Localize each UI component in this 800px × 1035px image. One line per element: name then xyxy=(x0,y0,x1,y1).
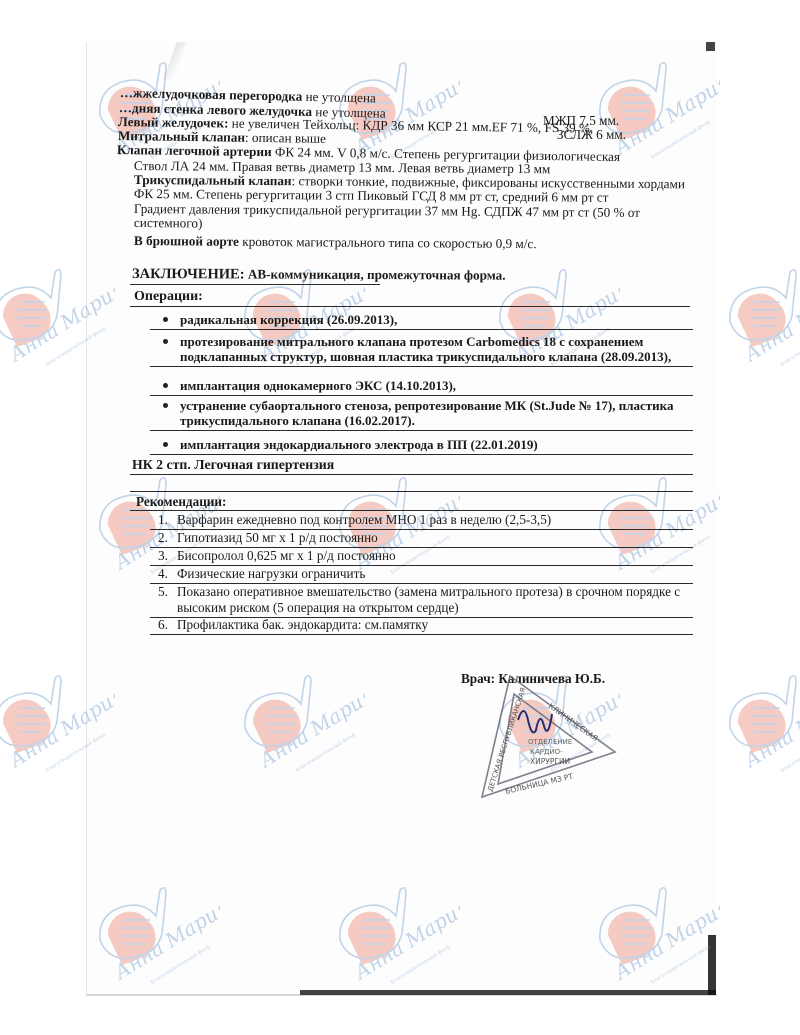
operations-title: Операции: xyxy=(134,289,203,304)
bullet-icon xyxy=(163,317,168,322)
svg-text:КАРДИО-: КАРДИО- xyxy=(530,748,563,756)
operation-item: трикуспидального клапана (16.02.2017). xyxy=(180,413,415,428)
recommendations-title: Рекомендации: xyxy=(136,494,226,509)
bullet-icon xyxy=(163,339,168,344)
echo-line: В брюшной аорте кровоток магистрального … xyxy=(134,233,537,251)
rule xyxy=(150,366,693,367)
recommendation-item: Физические нагрузки ограничить xyxy=(177,566,365,581)
conclusion: ЗАКЛЮЧЕНИЕ: АВ-коммуникация, промежуточн… xyxy=(132,266,506,284)
svg-text:ХИРУРГИИ: ХИРУРГИИ xyxy=(530,757,570,766)
rule xyxy=(130,510,693,511)
rule xyxy=(130,306,690,307)
echo-line: Градиент давления трикуспидальной регург… xyxy=(134,201,640,220)
svg-text:КЛИНИЧЕСКАЯ: КЛИНИЧЕСКАЯ xyxy=(547,701,600,743)
recommendation-item: Бисопролол 0,625 мг х 1 р/д постоянно xyxy=(177,548,396,563)
recommendation-number: 1. xyxy=(158,512,168,527)
rule xyxy=(150,634,693,635)
rule xyxy=(130,491,693,492)
document-content: …жжелудочковая перегородка не утолщена …… xyxy=(0,0,800,1035)
echo-line: системного) xyxy=(134,215,203,231)
bullet-icon xyxy=(163,383,168,388)
rule xyxy=(150,430,693,431)
recommendation-item: высоким риском (5 операция на открытом с… xyxy=(177,600,459,615)
recommendation-number: 2. xyxy=(158,530,168,545)
recommendation-number: 6. xyxy=(158,617,168,632)
operation-item: радикальная коррекция (26.09.2013), xyxy=(180,312,397,327)
recommendation-item: Профилактика бак. эндокардита: см.памятк… xyxy=(177,617,428,632)
recommendation-item: Варфарин ежедневно под контролем МНО 1 р… xyxy=(177,512,551,527)
rule xyxy=(130,474,693,475)
recommendation-item: Показано оперативное вмешательство (заме… xyxy=(177,584,680,599)
measurement-mzhp: МЖП 7,5 мм. xyxy=(543,113,619,128)
triangular-stamp: КЛИНИЧЕСКАЯ ОТДЕЛЕНИЕ КАРДИО- ХИРУРГИИ Б… xyxy=(470,672,620,802)
recommendation-number: 3. xyxy=(158,548,168,563)
recommendation-number: 4. xyxy=(158,566,168,581)
bullet-icon xyxy=(163,442,168,447)
recommendation-item: Гипотиазид 50 мг х 1 р/д постоянно xyxy=(177,530,378,545)
operation-item: протезирование митрального клапана проте… xyxy=(180,334,690,349)
recommendation-number: 5. xyxy=(158,584,168,599)
rule xyxy=(130,284,380,285)
bullet-icon xyxy=(163,403,168,408)
operation-item: имплантация однокамерного ЭКС (14.10.201… xyxy=(180,378,456,393)
operation-item: подклапанных структур, шовная пластика т… xyxy=(180,349,671,364)
operation-item: устранение субаортального стеноза, репро… xyxy=(180,398,690,413)
rule xyxy=(150,329,693,330)
diagnosis-extra: НК 2 стп. Легочная гипертензия xyxy=(132,457,334,472)
svg-text:ОТДЕЛЕНИЕ: ОТДЕЛЕНИЕ xyxy=(528,738,572,746)
svg-text:БОЛЬНИЦА МЗ РТ: БОЛЬНИЦА МЗ РТ xyxy=(504,772,574,796)
operation-item: имплантация эндокардиального электрода в… xyxy=(180,437,538,452)
rule xyxy=(150,454,693,455)
measurement-zslzh: ЗСЛЖ 6 мм. xyxy=(557,127,626,142)
rule xyxy=(150,395,693,396)
